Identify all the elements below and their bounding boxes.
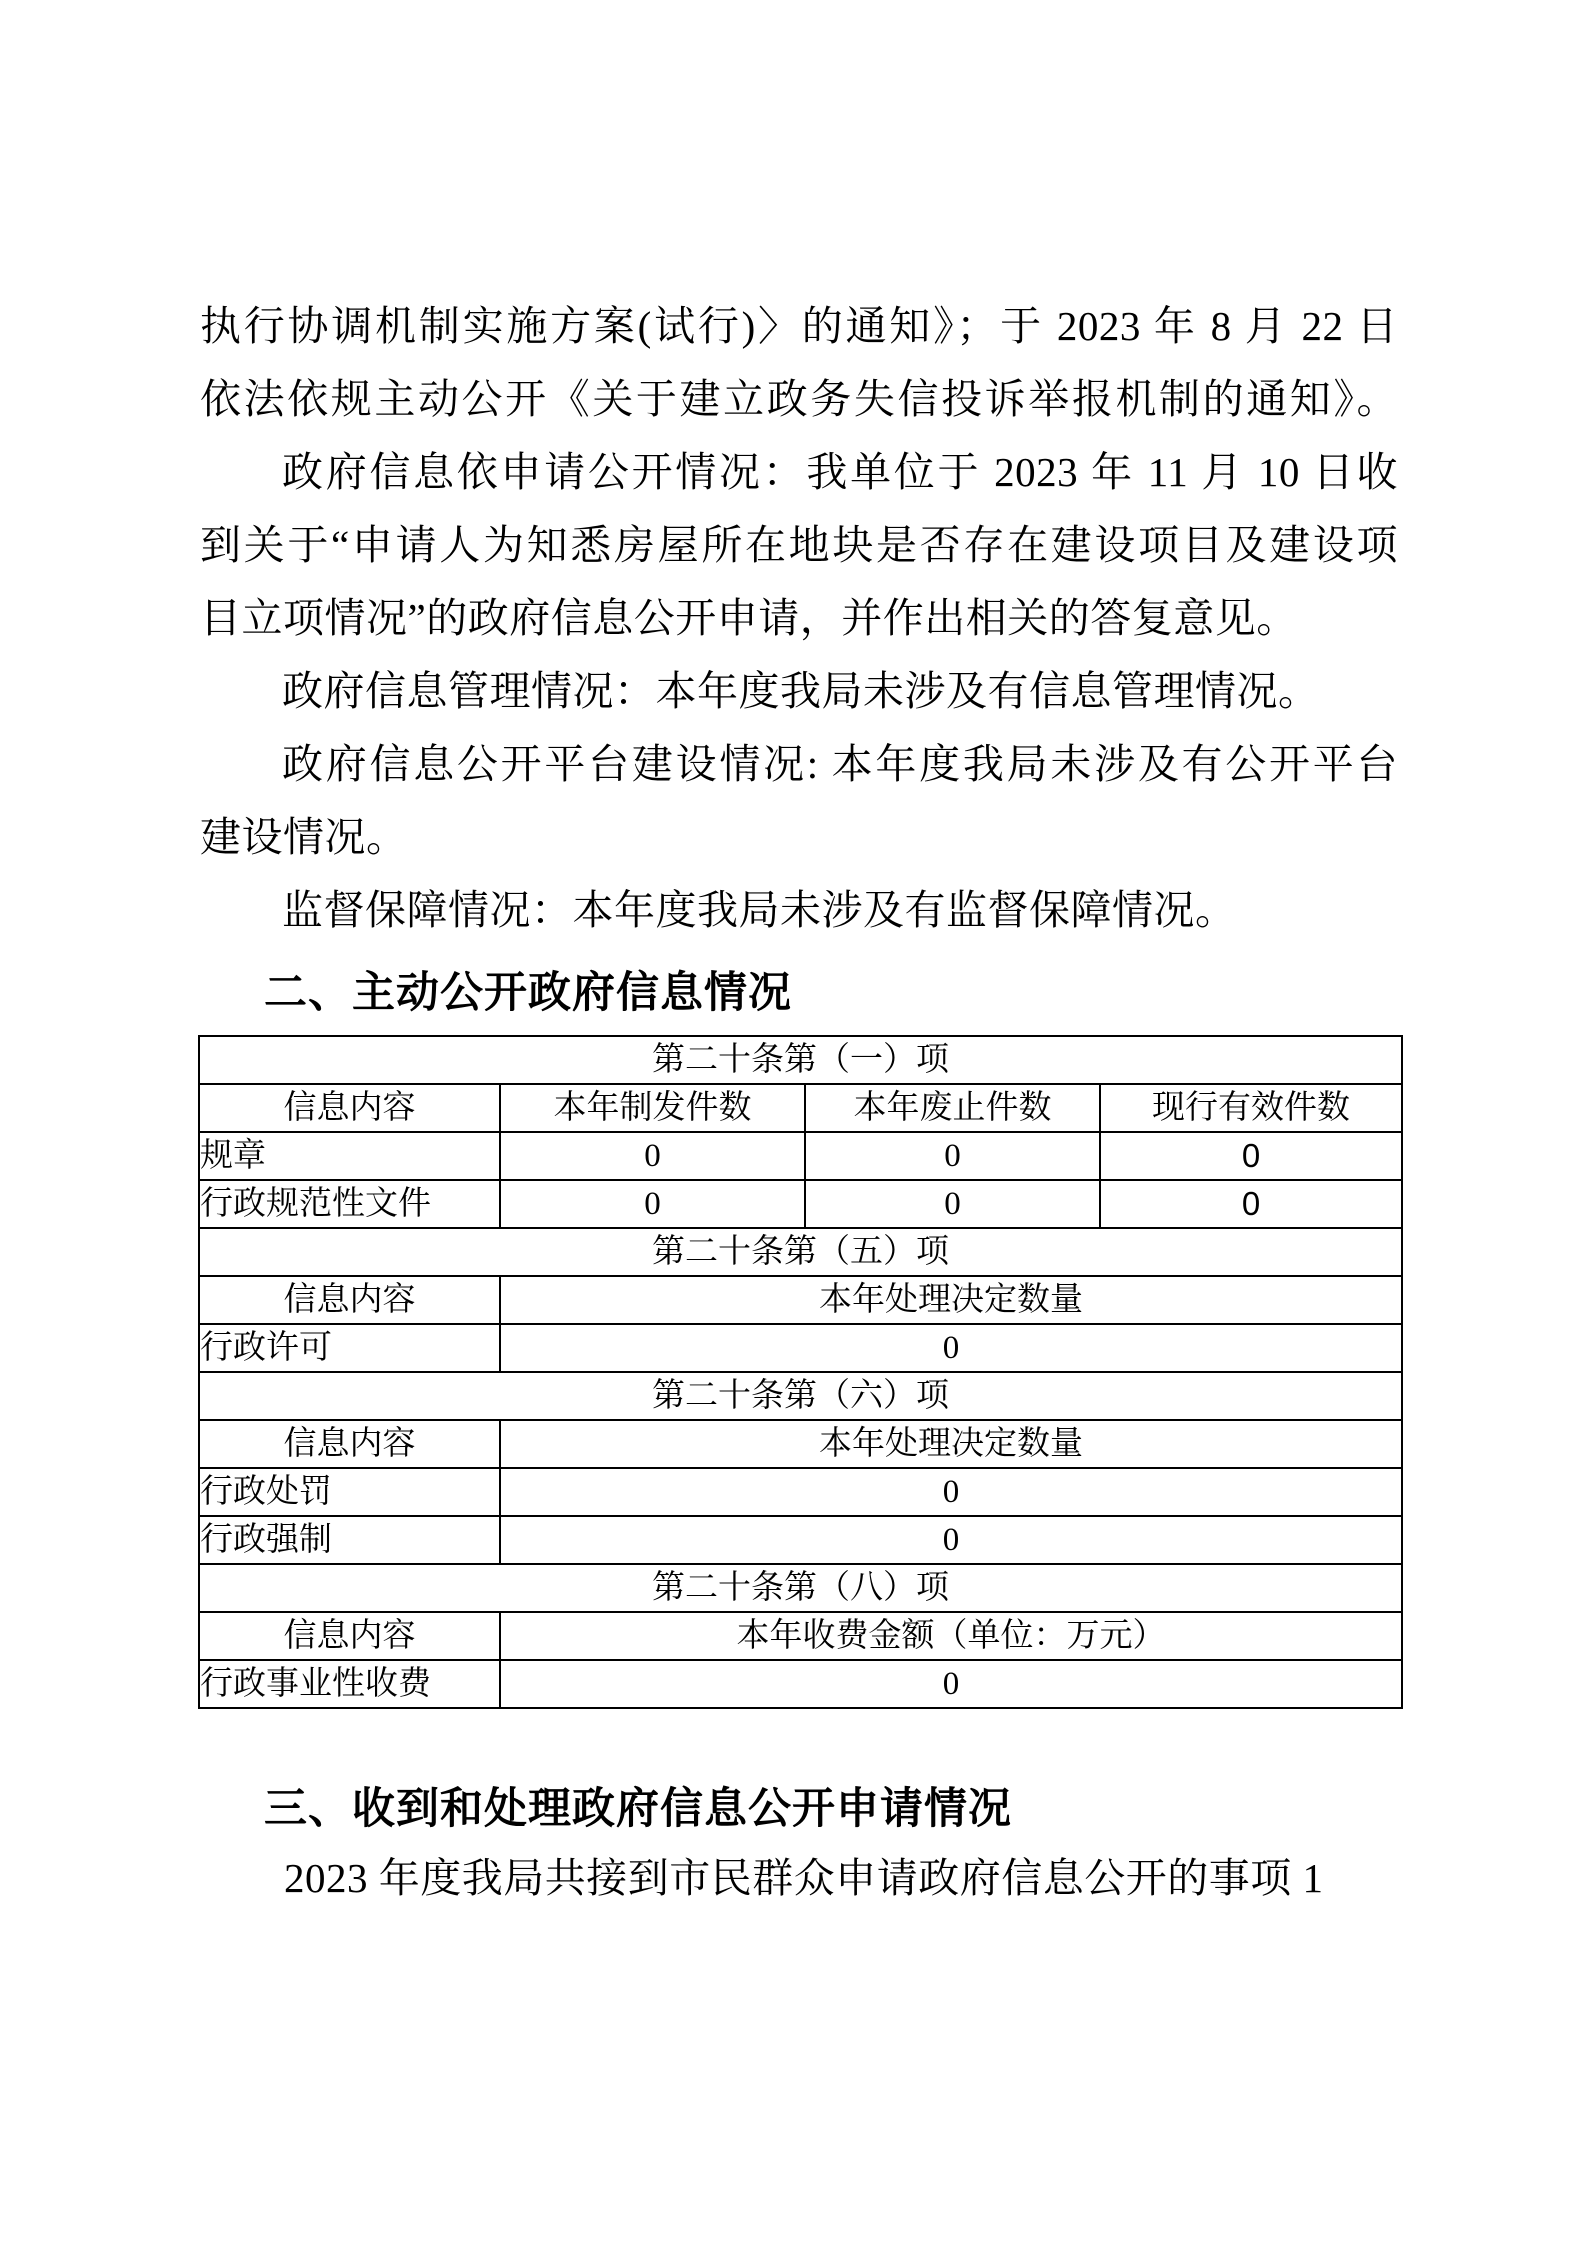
body-line: 政府信息管理情况：本年度我局未涉及有信息管理情况。 bbox=[200, 655, 1398, 728]
table-row: 信息内容 本年收费金额（单位：万元） bbox=[199, 1612, 1402, 1660]
body-line: 政府信息公开平台建设情况: 本年度我局未涉及有公开平台 bbox=[200, 728, 1398, 801]
section-2-heading: 二、主动公开政府信息情况 bbox=[264, 970, 792, 1016]
table-row: 行政强制 0 bbox=[199, 1516, 1402, 1564]
table-cell-value: 0 bbox=[500, 1324, 1402, 1372]
table-row: 行政处罚 0 bbox=[199, 1468, 1402, 1516]
body-line: 目立项情况”的政府信息公开申请，并作出相关的答复意见。 bbox=[200, 582, 1398, 655]
table-section-title: 第二十条第（五）项 bbox=[199, 1228, 1402, 1276]
table-row: 第二十条第（一）项 bbox=[199, 1036, 1402, 1084]
table-row: 信息内容 本年处理决定数量 bbox=[199, 1276, 1402, 1324]
table-row: 信息内容 本年制发件数 本年废止件数 现行有效件数 bbox=[199, 1084, 1402, 1132]
table-col-header: 信息内容 bbox=[199, 1084, 500, 1132]
closing-paragraph-line: 2023 年度我局共接到市民群众申请政府信息公开的事项 1 bbox=[200, 1842, 1398, 1915]
table-section-title: 第二十条第（八）项 bbox=[199, 1564, 1402, 1612]
table-cell-value: 0 bbox=[1100, 1132, 1402, 1180]
table-row-label: 行政处罚 bbox=[199, 1468, 500, 1516]
table-row: 行政事业性收费 0 bbox=[199, 1660, 1402, 1708]
table-row-label: 行政规范性文件 bbox=[199, 1180, 500, 1228]
table-cell-value: 0 bbox=[500, 1516, 1402, 1564]
table-cell-value: 0 bbox=[1100, 1180, 1402, 1228]
table-row-label: 行政事业性收费 bbox=[199, 1660, 500, 1708]
body-line: 建设情况。 bbox=[200, 801, 1398, 874]
table-col-header: 现行有效件数 bbox=[1100, 1084, 1402, 1132]
body-line: 到关于“申请人为知悉房屋所在地块是否存在建设项目及建设项 bbox=[200, 509, 1398, 582]
table-row-label: 行政强制 bbox=[199, 1516, 500, 1564]
document-page: 执行协调机制实施方案(试行)〉的通知》；于 2023 年 8 月 22 日 依法… bbox=[0, 0, 1587, 2245]
body-paragraphs: 执行协调机制实施方案(试行)〉的通知》；于 2023 年 8 月 22 日 依法… bbox=[200, 290, 1398, 947]
table-col-header: 本年收费金额（单位：万元） bbox=[500, 1612, 1402, 1660]
table-cell-value: 0 bbox=[805, 1132, 1100, 1180]
section-3-heading: 三、收到和处理政府信息公开申请情况 bbox=[264, 1786, 1012, 1832]
table-cell-value: 0 bbox=[500, 1132, 805, 1180]
body-line: 依法依规主动公开《关于建立政务失信投诉举报机制的通知》。 bbox=[200, 363, 1398, 436]
table-col-header: 本年制发件数 bbox=[500, 1084, 805, 1132]
table-col-header: 信息内容 bbox=[199, 1276, 500, 1324]
table-section-title: 第二十条第（一）项 bbox=[199, 1036, 1402, 1084]
table-row-label: 规章 bbox=[199, 1132, 500, 1180]
table-row: 行政许可 0 bbox=[199, 1324, 1402, 1372]
table-row: 规章 0 0 0 bbox=[199, 1132, 1402, 1180]
table-row: 行政规范性文件 0 0 0 bbox=[199, 1180, 1402, 1228]
table-col-header: 本年处理决定数量 bbox=[500, 1420, 1402, 1468]
table-row-label: 行政许可 bbox=[199, 1324, 500, 1372]
body-line: 政府信息依申请公开情况：我单位于 2023 年 11 月 10 日收 bbox=[200, 436, 1398, 509]
table-cell-value: 0 bbox=[805, 1180, 1100, 1228]
disclosure-table: 第二十条第（一）项 信息内容 本年制发件数 本年废止件数 现行有效件数 规章 0… bbox=[198, 1035, 1403, 1709]
body-line: 执行协调机制实施方案(试行)〉的通知》；于 2023 年 8 月 22 日 bbox=[200, 290, 1398, 363]
table-col-header: 本年处理决定数量 bbox=[500, 1276, 1402, 1324]
table-row: 第二十条第（八）项 bbox=[199, 1564, 1402, 1612]
table-cell-value: 0 bbox=[500, 1468, 1402, 1516]
table-cell-value: 0 bbox=[500, 1660, 1402, 1708]
table-col-header: 信息内容 bbox=[199, 1420, 500, 1468]
table-cell-value: 0 bbox=[500, 1180, 805, 1228]
table-row: 信息内容 本年处理决定数量 bbox=[199, 1420, 1402, 1468]
body-line: 监督保障情况：本年度我局未涉及有监督保障情况。 bbox=[200, 874, 1398, 947]
table-col-header: 本年废止件数 bbox=[805, 1084, 1100, 1132]
table-col-header: 信息内容 bbox=[199, 1612, 500, 1660]
table-row: 第二十条第（六）项 bbox=[199, 1372, 1402, 1420]
table-section-title: 第二十条第（六）项 bbox=[199, 1372, 1402, 1420]
table-row: 第二十条第（五）项 bbox=[199, 1228, 1402, 1276]
